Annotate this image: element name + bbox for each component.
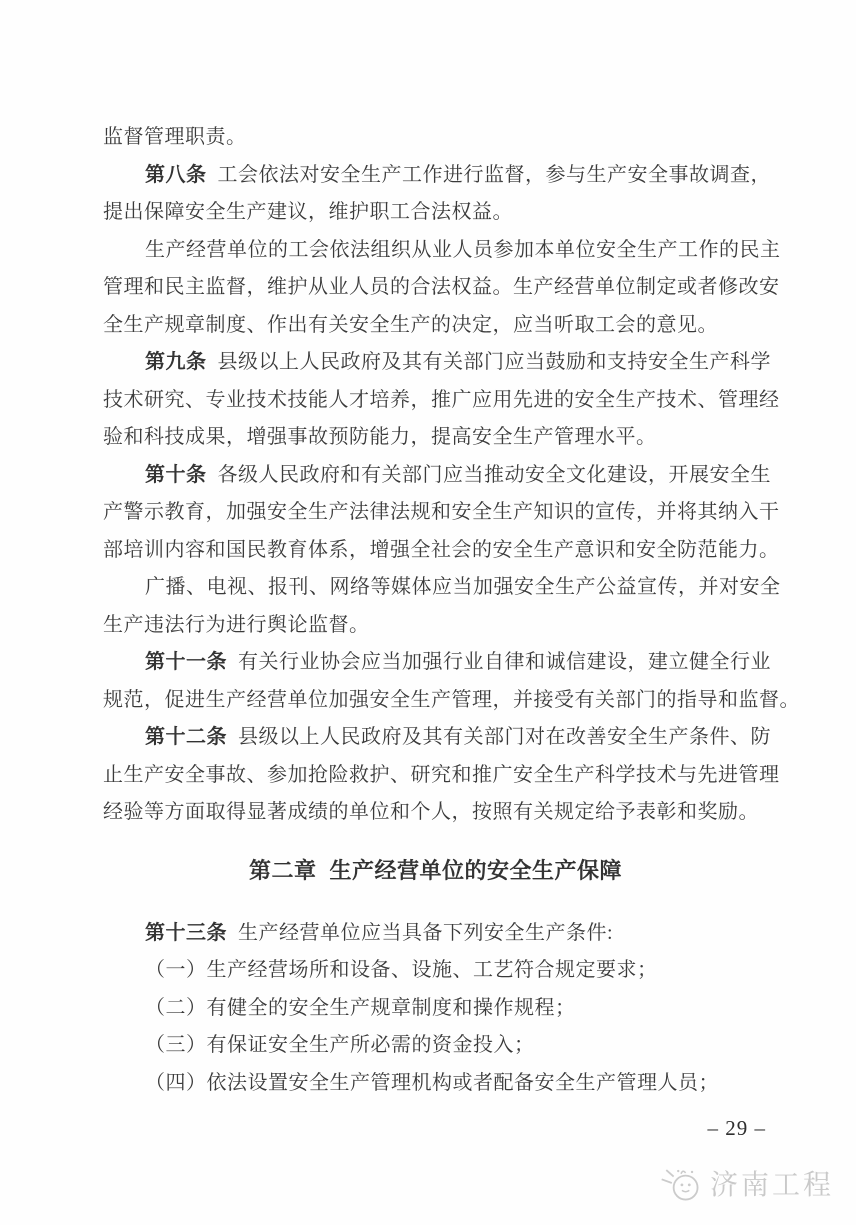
text-line: 产警示教育，加强安全生产法律法规和安全生产知识的宣传，并将其纳入干	[103, 494, 768, 532]
text-line: 技术研究、专业技术技能人才培养，推广应用先进的安全生产技术、管理经	[103, 382, 768, 420]
text-line: 验和科技成果，增强事故预防能力，提高安全生产管理水平。	[103, 419, 768, 457]
article-number: 第十二条	[145, 726, 227, 748]
document-page: 监督管理职责。第八条工会依法对安全生产工作进行监督，参与生产安全事故调查，提出保…	[0, 0, 856, 1225]
text-line: （一）生产经营场所和设备、设施、工艺符合规定要求；	[103, 952, 768, 990]
text-line: 第十一条有关行业协会应当加强行业自律和诚信建设，建立健全行业	[103, 644, 768, 682]
text-line: （二）有健全的安全生产规章制度和操作规程；	[103, 990, 768, 1028]
text-line: 提出保障安全生产建议，维护职工合法权益。	[103, 194, 768, 232]
text-line: 止生产安全事故、参加抢险救护、研究和推广安全生产科学技术与先进管理	[103, 757, 768, 795]
text-line: 规范，促进生产经营单位加强安全生产管理，并接受有关部门的指导和监督。	[103, 682, 768, 720]
text-line: 全生产规章制度、作出有关安全生产的决定，应当听取工会的意见。	[103, 307, 768, 345]
text-line: （四）依法设置安全生产管理机构或者配备安全生产管理人员；	[103, 1065, 768, 1103]
document-body: 监督管理职责。第八条工会依法对安全生产工作进行监督，参与生产安全事故调查，提出保…	[103, 119, 768, 1102]
text-line: 管理和民主监督，维护从业人员的合法权益。生产经营单位制定或者修改安	[103, 269, 768, 307]
article-number: 第九条	[145, 351, 207, 373]
text-line: 广播、电视、报刊、网络等媒体应当加强安全生产公益宣传，并对安全	[103, 569, 768, 607]
text-line: 第十二条县级以上人民政府及其有关部门对在改善安全生产条件、防	[103, 719, 768, 757]
chapter-number: 第二章	[249, 858, 317, 883]
text-line: 生产经营单位的工会依法组织从业人员参加本单位安全生产工作的民主	[103, 232, 768, 270]
text-line: 第九条县级以上人民政府及其有关部门应当鼓励和支持安全生产科学	[103, 344, 768, 382]
mascot-icon	[658, 1163, 704, 1203]
text-line: 第十条各级人民政府和有关部门应当推动安全文化建设，开展安全生	[103, 457, 768, 495]
text-line: 经验等方面取得显著成绩的单位和个人，按照有关规定给予表彰和奖励。	[103, 794, 768, 832]
text-line: 生产违法行为进行舆论监督。	[103, 607, 768, 645]
article-number: 第十条	[145, 464, 207, 486]
text-line: 部培训内容和国民教育体系，增强全社会的安全生产意识和安全防范能力。	[103, 532, 768, 570]
text-line: （三）有保证安全生产所必需的资金投入；	[103, 1027, 768, 1065]
watermark-text: 济南工程	[710, 1163, 834, 1203]
text-line: 监督管理职责。	[103, 119, 768, 157]
text-line: 第十三条生产经营单位应当具备下列安全生产条件:	[103, 915, 768, 953]
article-number: 第十三条	[145, 922, 227, 944]
chapter-heading: 第二章生产经营单位的安全生产保障	[103, 852, 768, 889]
watermark: 济南工程	[658, 1163, 834, 1203]
article-number: 第八条	[145, 164, 207, 186]
chapter-title: 生产经营单位的安全生产保障	[330, 858, 623, 883]
article-number: 第十一条	[145, 651, 227, 673]
page-number: – 29 –	[0, 1116, 856, 1141]
text-line: 第八条工会依法对安全生产工作进行监督，参与生产安全事故调查，	[103, 157, 768, 195]
page-number-text: – 29 –	[708, 1116, 767, 1140]
